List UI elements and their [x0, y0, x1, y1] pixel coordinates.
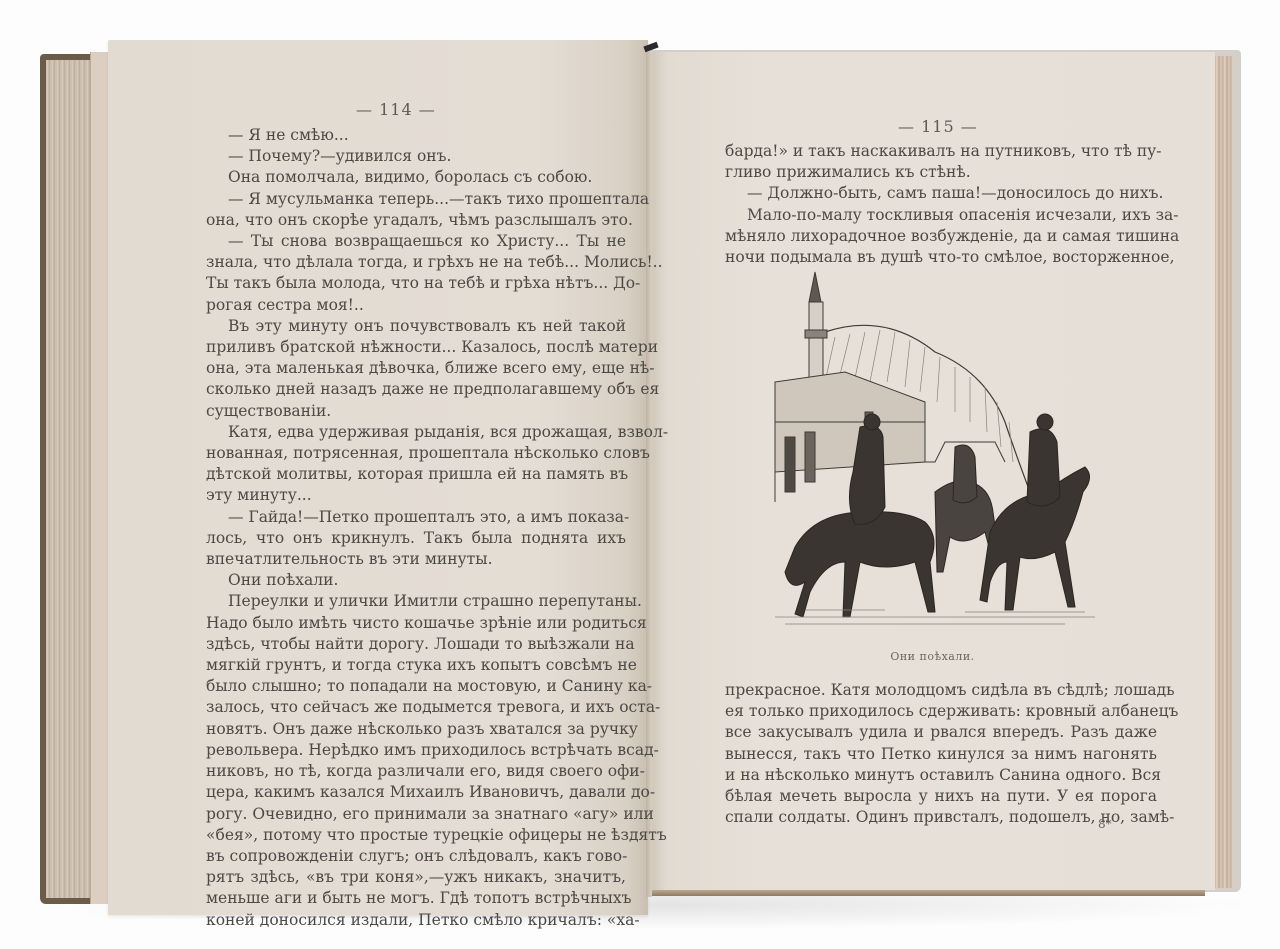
- right-bottom-edge: [650, 890, 1205, 896]
- text-line: новятъ. Онъ даже нѣсколько разъ хватался…: [206, 719, 626, 740]
- text-line: никовъ, но тѣ, когда различали его, видя…: [206, 761, 626, 782]
- text-line: она, что онъ скорѣе угадалъ, чѣмъ разслы…: [206, 210, 626, 231]
- text-line: Катя, едва удерживая рыданія, вся дрожащ…: [206, 422, 626, 443]
- text-line: мягкій грунтъ, и тогда стука ихъ копытъ …: [206, 655, 626, 676]
- right-page-text-top: барда!» и такъ наскакивалъ на путниковъ,…: [725, 141, 1157, 268]
- text-line: «бея», потому что простые турецкіе офице…: [206, 825, 626, 846]
- text-line: Она помолчала, видимо, боролась съ собою…: [206, 167, 626, 188]
- page-number-left: — 114 —: [356, 100, 436, 119]
- text-line: и на нѣсколько минутъ оставилъ Санина од…: [725, 765, 1157, 786]
- text-line: мѣняло лихорадочное возбужденіе, да и са…: [725, 226, 1157, 247]
- left-page-text: — Я не смѣю...— Почему?—удивился онъ.Она…: [206, 125, 626, 931]
- text-line: въ сопровожденіи слугъ; онъ слѣдовалъ, к…: [206, 846, 626, 867]
- text-line: гливо прижимались къ стѣнѣ.: [725, 162, 1157, 183]
- text-line: рогая сестра моя!..: [206, 295, 626, 316]
- illustration-caption: Они поѣхали.: [650, 650, 1215, 663]
- text-line: рогу. Очевидно, его принимали за знатнаг…: [206, 804, 626, 825]
- printer-signature: 8*: [1098, 817, 1112, 831]
- text-line: впечатлительность въ эти минуты.: [206, 549, 626, 570]
- text-line: все закусывалъ удила и рвался впередъ. Р…: [725, 722, 1157, 743]
- text-line: Мало-по-малу тоскливыя опасенія исчезали…: [725, 205, 1157, 226]
- text-line: — Гайда!—Петко прошепталъ это, а имъ пок…: [206, 507, 626, 528]
- text-line: револьвера. Нерѣдко имъ приходилось встр…: [206, 740, 626, 761]
- text-line: меньше аги и быть не могъ. Гдѣ топотъ вс…: [206, 888, 626, 909]
- text-line: Они поѣхали.: [206, 570, 626, 591]
- text-line: существованіи.: [206, 401, 626, 422]
- text-line: рятъ здѣсь, «въ три коня»,—ужъ никакъ, з…: [206, 867, 626, 888]
- text-line: спали солдаты. Одинъ привсталъ, подошелъ…: [725, 807, 1157, 828]
- text-line: Ты такъ была молода, что на тебѣ и грѣха…: [206, 273, 626, 294]
- text-line: здѣсь, чтобы найти дорогу. Лошади то выѣ…: [206, 634, 626, 655]
- text-line: лось, что онъ крикнулъ. Такъ была поднят…: [206, 528, 626, 549]
- text-line: — Должно-быть, самъ паша!—доносилось до …: [725, 183, 1157, 204]
- text-line: коней доносился издали, Петко смѣло крич…: [206, 910, 626, 931]
- text-line: прекрасное. Катя молодцомъ сидѣла въ сѣд…: [725, 680, 1157, 701]
- text-line: бѣлая мечеть выросла у нихъ на пути. У е…: [725, 786, 1157, 807]
- text-line: цера, какимъ казался Михаилъ Ивановичъ, …: [206, 782, 626, 803]
- page-number-right: — 115 —: [898, 117, 978, 136]
- gutter: [646, 52, 652, 897]
- text-line: она, эта маленькая дѣвочка, ближе всего …: [206, 358, 626, 379]
- text-line: — Я мусульманка теперь...—такъ тихо прош…: [206, 189, 626, 210]
- text-line: сколько дней назадъ даже не предполагавш…: [206, 379, 626, 400]
- text-line: — Ты снова возвращаешься ко Христу... Ты…: [206, 231, 626, 252]
- text-line: нованная, потрясенная, прошептала нѣскол…: [206, 443, 626, 464]
- text-line: эту минуту...: [206, 485, 626, 506]
- engraving-riders-icon: [765, 262, 1105, 634]
- text-line: залось, что сейчасъ же подымется тревога…: [206, 697, 626, 718]
- text-line: ея только приходилось сдерживать: кровны…: [725, 701, 1157, 722]
- text-line: Въ эту минуту онъ почувствовалъ къ ней т…: [206, 316, 626, 337]
- text-line: приливъ братской нѣжности... Казалось, п…: [206, 337, 626, 358]
- text-line: вынесся, такъ что Петко кинулся за нимъ …: [725, 744, 1157, 765]
- text-line: — Почему?—удивился онъ.: [206, 146, 626, 167]
- text-line: знала, что дѣлала тогда, и грѣхъ не на т…: [206, 252, 626, 273]
- text-line: Переулки и улички Имитли страшно перепут…: [206, 591, 626, 612]
- text-line: дѣтской молитвы, которая пришла ей на па…: [206, 464, 626, 485]
- text-line: было слышно; то попадали на мостовую, и …: [206, 676, 626, 697]
- text-line: барда!» и такъ наскакивалъ на путниковъ,…: [725, 141, 1157, 162]
- right-page-text-bottom: прекрасное. Катя молодцомъ сидѣла въ сѣд…: [725, 680, 1157, 828]
- text-line: — Я не смѣю...: [206, 125, 626, 146]
- text-line: Надо было имѣть чисто кошачье зрѣніе или…: [206, 613, 626, 634]
